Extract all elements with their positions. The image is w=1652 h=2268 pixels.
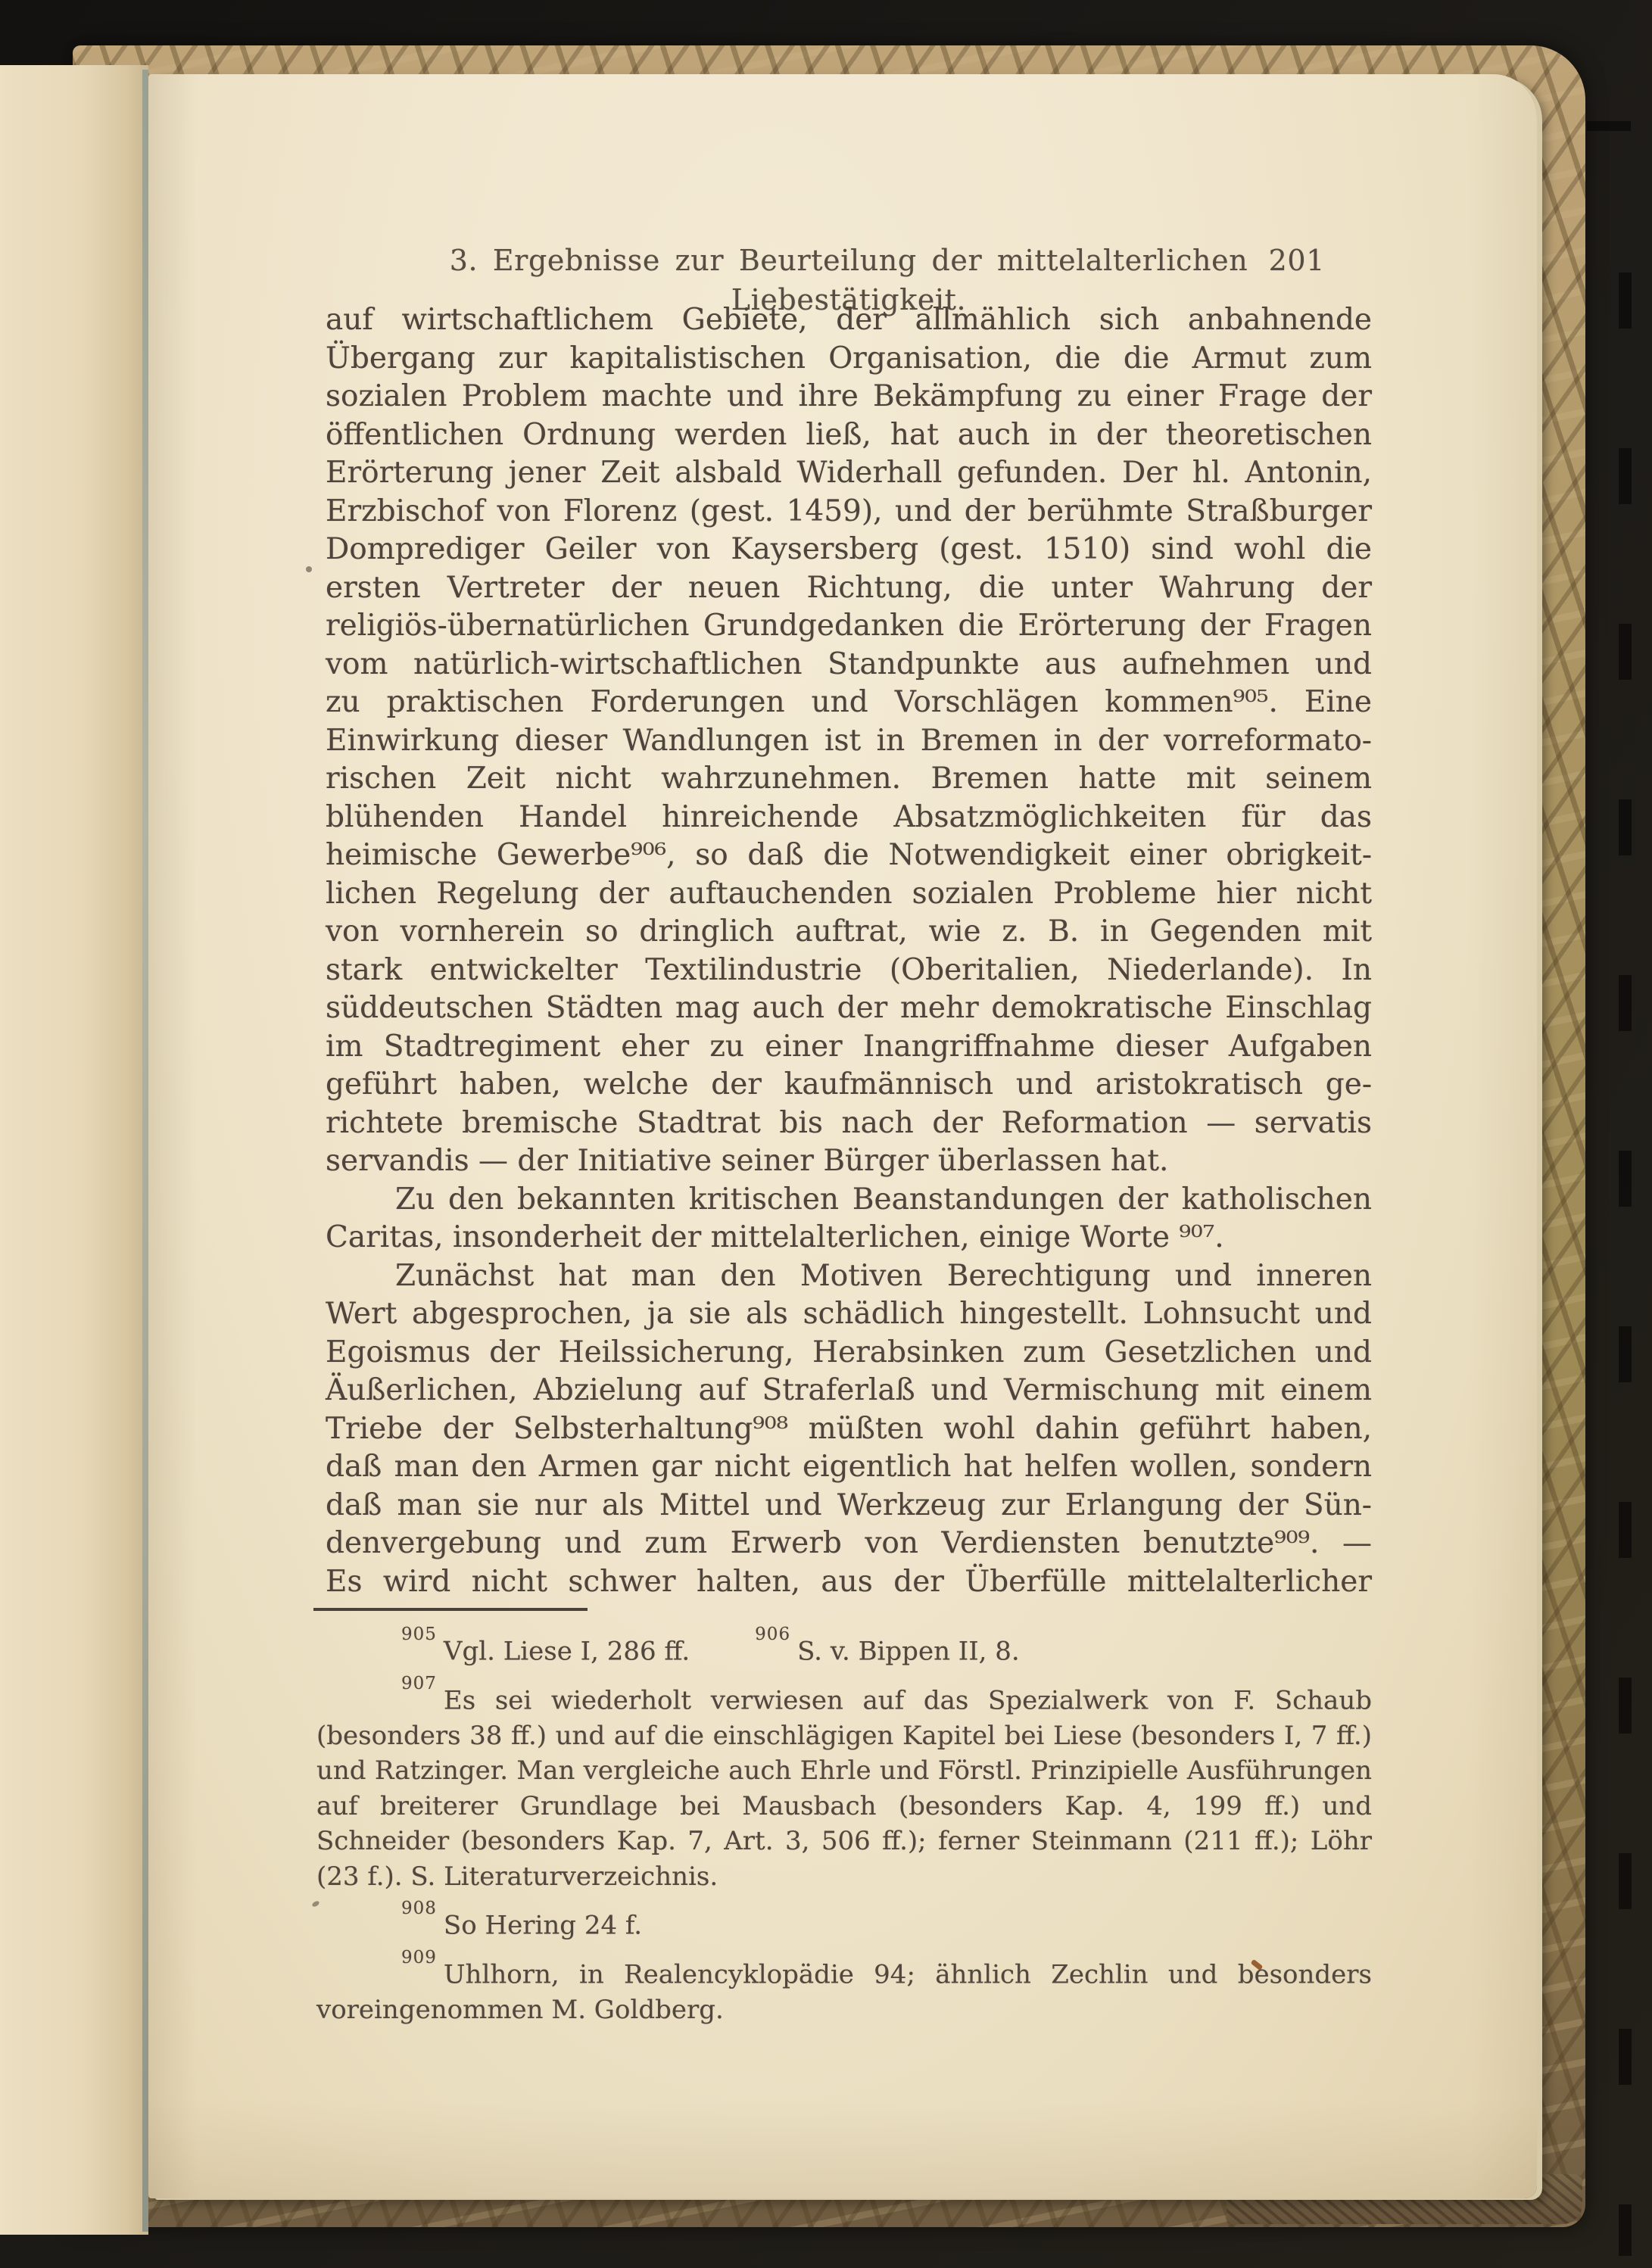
body-line: vom natürlich-wirtschaftlichen Standpunk… — [326, 646, 1372, 684]
body-line: Übergang zur kapitalistischen Organisati… — [326, 340, 1372, 379]
footnote-marker: 905 — [401, 1625, 437, 1644]
footnote-text: S. v. Bippen II, 8. — [797, 1636, 1020, 1666]
body-line: servandis — der Initiative seiner Bürger… — [326, 1142, 1372, 1181]
footnotes-block: 905Vgl. Liese I, 286 ff.906S. v. Bippen … — [316, 1628, 1372, 2035]
body-line: lichen Regelung der auftauchenden sozial… — [326, 875, 1372, 914]
body-line: Einwirkung dieser Wandlungen ist in Brem… — [326, 722, 1372, 761]
body-line: blühenden Handel hinreichende Absatzmögl… — [326, 799, 1372, 837]
body-text: auf wirtschaftlichem Gebiete, der allmäh… — [326, 301, 1372, 1601]
footnote-marker: 907 — [401, 1674, 437, 1693]
body-line: stark entwickelter Textilindustrie (Ober… — [326, 952, 1372, 990]
body-line: Es wird nicht schwer halten, aus der Übe… — [326, 1563, 1372, 1602]
body-line: Egoismus der Heilssicherung, Herabsinken… — [326, 1334, 1372, 1372]
body-line: Wert abgesprochen, ja sie als schädlich … — [326, 1295, 1372, 1334]
body-line: sozialen Problem machte und ihre Bekämpf… — [326, 378, 1372, 416]
body-line: auf wirtschaftlichem Gebiete, der allmäh… — [326, 301, 1372, 340]
body-line: Triebe der Selbsterhaltung⁹⁰⁸ müßten woh… — [326, 1410, 1372, 1449]
footnote: 905Vgl. Liese I, 286 ff.906S. v. Bippen … — [316, 1628, 1372, 1669]
body-line: Zunächst hat man den Motiven Berechtigun… — [326, 1257, 1372, 1296]
footnote-rule — [313, 1608, 588, 1611]
book-scan: 3. Ergebnisse zur Beurteilung der mittel… — [0, 0, 1652, 2268]
page-number: 201 — [1269, 241, 1325, 280]
body-line: religiös-übernatürlichen Grundgedanken d… — [326, 607, 1372, 646]
body-line: daß man sie nur als Mittel und Werkzeug … — [326, 1487, 1372, 1525]
body-line: Erzbischof von Florenz (gest. 1459), und… — [326, 493, 1372, 531]
body-line: Erörterung jener Zeit alsbald Widerhall … — [326, 454, 1372, 493]
footnote-text: Uhlhorn, in Realencyklopädie 94; ähnlich… — [316, 1959, 1372, 2025]
footnote-text: Vgl. Liese I, 286 ff. — [444, 1636, 690, 1666]
running-header: 3. Ergebnisse zur Beurteilung der mittel… — [326, 241, 1372, 280]
body-line: rischen Zeit nicht wahrzunehmen. Bremen … — [326, 760, 1372, 799]
footnote: 909Uhlhorn, in Realencyklopädie 94; ähnl… — [316, 1951, 1372, 2027]
body-line: Caritas, insonderheit der mittelalterlic… — [326, 1219, 1372, 1257]
body-line: ersten Vertreter der neuen Richtung, die… — [326, 569, 1372, 608]
body-line: Zu den bekannten kritischen Beanstandung… — [326, 1181, 1372, 1220]
footnote-marker: 908 — [401, 1899, 437, 1918]
body-line: Äußerlichen, Abzielung auf Straferlaß un… — [326, 1372, 1372, 1410]
body-line: richtete bremische Stadtrat bis nach der… — [326, 1104, 1372, 1143]
body-line: daß man den Armen gar nicht eigentlich h… — [326, 1448, 1372, 1487]
footnote: 907Es sei wiederholt verwiesen auf das S… — [316, 1677, 1372, 1894]
body-line: geführt haben, welche der kaufmännisch u… — [326, 1066, 1372, 1104]
page-text-layer: 3. Ergebnisse zur Beurteilung der mittel… — [0, 0, 1652, 2268]
footnote: 908So Hering 24 f. — [316, 1902, 1372, 1943]
body-line: öffentlichen Ordnung werden ließ, hat au… — [326, 416, 1372, 455]
body-line: von vornherein so dringlich auftrat, wie… — [326, 913, 1372, 952]
body-line: im Stadtregiment eher zu einer Inangriff… — [326, 1028, 1372, 1067]
margin-speck — [306, 566, 312, 572]
body-line: denvergebung und zum Erwerb von Verdiens… — [326, 1525, 1372, 1563]
footnote-marker: 906 — [755, 1625, 790, 1644]
body-line: Domprediger Geiler von Kaysersberg (gest… — [326, 531, 1372, 569]
footnote-text: Es sei wiederholt verwiesen auf das Spez… — [316, 1685, 1372, 1892]
body-line: zu praktischen Forderungen und Vorschläg… — [326, 684, 1372, 722]
footnote-marker: 909 — [401, 1948, 437, 1967]
footnote-text: So Hering 24 f. — [444, 1910, 642, 1940]
body-line: süddeutschen Städten mag auch der mehr d… — [326, 989, 1372, 1028]
body-line: heimische Gewerbe⁹⁰⁶, so daß die Notwend… — [326, 836, 1372, 875]
